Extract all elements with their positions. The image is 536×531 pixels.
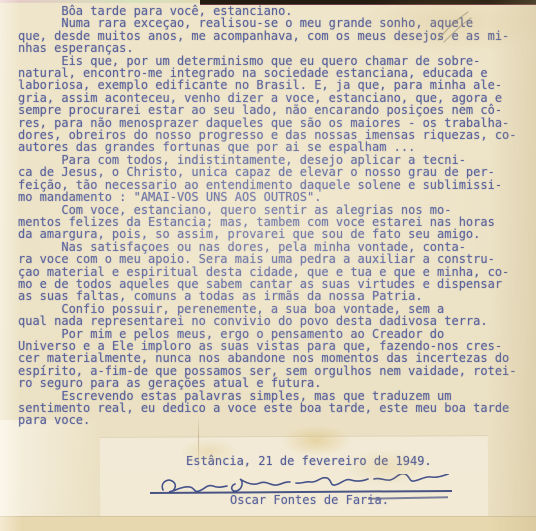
letter-body-text: Bôa tarde para você, estanciano. Numa ra… [18,5,517,427]
scan-edge-dark-strip [200,0,536,5]
scan-bottom-edge-strip [0,516,536,531]
pencil-scribble [430,8,476,46]
paper-light-band [0,420,100,531]
date-line: Estância, 21 de fevereiro de 1949. [186,455,432,468]
typed-signature-name: Oscar Fontes de Faria. [230,494,389,507]
scanned-letter-page: Bôa tarde para você, estanciano. Numa ra… [0,0,536,531]
paper-crease [198,415,199,473]
